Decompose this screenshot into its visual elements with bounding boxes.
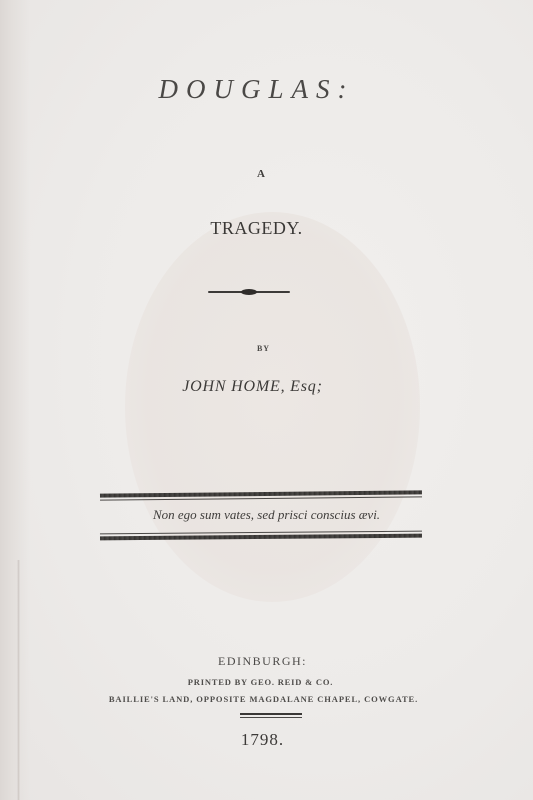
title-page: DOUGLAS: A TRAGEDY. BY JOHN HOME, Esq; N… (0, 0, 533, 800)
epigraph-motto: Non ego sum vates, sed prisci conscius æ… (0, 507, 533, 523)
book-genre: TRAGEDY. (0, 218, 523, 239)
imprint-year: 1798. (0, 730, 529, 750)
byline-label: BY (0, 344, 530, 353)
ornament-center (241, 289, 257, 295)
ornamental-rule-icon (208, 289, 290, 295)
imprint-address: BAILLIE'S LAND, OPPOSITE MAGDALANE CHAPE… (0, 694, 530, 704)
imprint-double-rule (240, 713, 302, 718)
author-name: JOHN HOME, Esq; (0, 378, 519, 396)
imprint-place: EDINBURGH: (0, 654, 529, 669)
imprint-printer: PRINTED BY GEO. REID & CO. (0, 677, 527, 687)
book-title: DOUGLAS: (0, 74, 523, 105)
offset-oval-stain (125, 212, 420, 602)
title-article: A (0, 168, 528, 180)
